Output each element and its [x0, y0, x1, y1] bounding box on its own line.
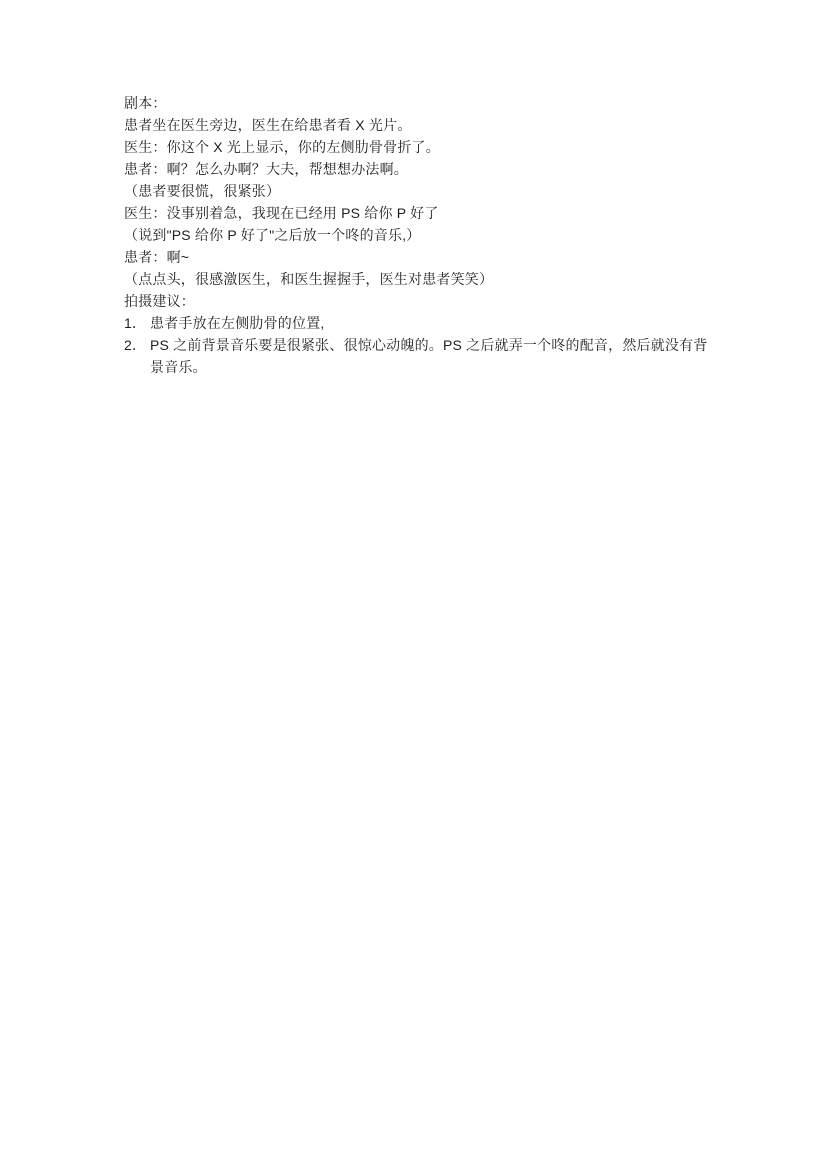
script-heading: 剧本： [124, 92, 714, 114]
suggestions-heading: 拍摄建议： [124, 290, 714, 312]
script-line-doctor-2: 医生：没事别着急，我现在已经用 PS 给你 P 好了 [124, 202, 714, 224]
suggestion-number: 2． [124, 334, 150, 356]
script-line-stage-direction-3: （点点头，很感激医生，和医生握握手，医生对患者笑笑） [124, 268, 714, 290]
script-line-stage-direction-1: （患者要很慌，很紧张） [124, 180, 714, 202]
suggestion-text: 患者手放在左侧肋骨的位置, [150, 312, 714, 334]
script-line-doctor-1: 医生：你这个 X 光上显示，你的左侧肋骨骨折了。 [124, 136, 714, 158]
suggestion-item-1: 1． 患者手放在左侧肋骨的位置, [124, 312, 714, 334]
suggestion-item-2: 2． PS 之前背景音乐要是很紧张、很惊心动魄的。PS 之后就弄一个咚的配音，然… [124, 334, 714, 378]
suggestion-text: PS 之前背景音乐要是很紧张、很惊心动魄的。PS 之后就弄一个咚的配音，然后就没… [150, 334, 714, 378]
script-line-stage-direction-2: （说到"PS 给你 P 好了"之后放一个咚的音乐,） [124, 224, 714, 246]
script-line-scene-description: 患者坐在医生旁边，医生在给患者看 X 光片。 [124, 114, 714, 136]
script-line-patient-2: 患者：啊~ [124, 246, 714, 268]
document-page: 剧本： 患者坐在医生旁边，医生在给患者看 X 光片。 医生：你这个 X 光上显示… [0, 0, 827, 1169]
script-text-block: 剧本： 患者坐在医生旁边，医生在给患者看 X 光片。 医生：你这个 X 光上显示… [124, 92, 714, 378]
script-line-patient-1: 患者：啊？怎么办啊？大夫，帮想想办法啊。 [124, 158, 714, 180]
suggestion-number: 1． [124, 312, 150, 334]
